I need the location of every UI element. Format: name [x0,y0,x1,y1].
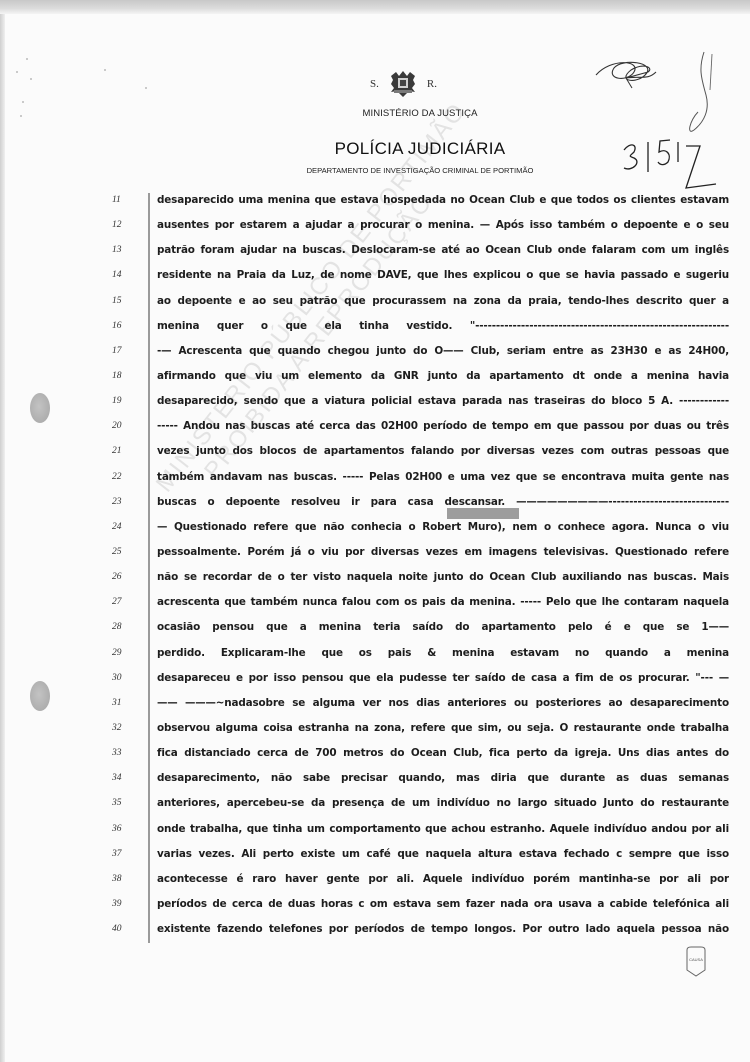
line-text: anteriores, apercebeu-se da presença de … [157,797,729,809]
line-text: desaparecido, sendo que a viatura polici… [157,395,729,407]
line-number: 23 [112,497,134,507]
line-number: 21 [112,446,134,456]
line-text: patrão foram ajudar na buscas. Deslocara… [157,244,729,256]
line-number: 33 [112,748,134,758]
line-text: observou alguma coisa estranha na zona, … [157,722,729,734]
handwritten-page-number [616,132,726,194]
coat-of-arms-icon [387,69,419,99]
line-number: 38 [112,874,134,884]
line-number: 16 [112,321,134,331]
footer-badge: CAUSA [683,946,709,978]
line-text: afirmando que viu um elemento da GNR jun… [157,370,729,382]
line-number: 19 [112,396,134,406]
line-number: 36 [112,824,134,834]
line-number: 28 [112,622,134,632]
document-line: 37varias vezes. Ali perto existe um café… [0,846,750,871]
document-line: 29perdido. Explicaram-lhe que os pais & … [0,645,750,670]
line-number: 20 [112,421,134,431]
line-number: 26 [112,572,134,582]
line-text: vezes junto dos blocos de apartamentos f… [157,445,729,457]
line-number: 17 [112,346,134,356]
line-text: existente fazendo telefones por períodos… [157,923,729,935]
crest-right-letter: R. [427,78,437,90]
line-number: 37 [112,849,134,859]
document-line: 24— Questionado refere que não conhecia … [0,519,750,544]
line-text: pessoalmente. Porém já o viu por diversa… [157,546,729,558]
crest-left-letter: S. [370,78,379,90]
line-number: 35 [112,798,134,808]
document-line: 21vezes junto dos blocos de apartamentos… [0,443,750,468]
document-line: 18afirmando que viu um elemento da GNR j… [0,368,750,393]
document-line: 34desaparecimento, não sabe precisar qua… [0,770,750,795]
line-number: 15 [112,296,134,306]
document-line: 16menina quer o que ela tinha vestido. "… [0,318,750,343]
document-line: 20----- Andou nas buscas até cerca das 0… [0,418,750,443]
line-text: onde trabalha, que tinha um comportament… [157,823,729,835]
document-line: 11desaparecido uma menina que estava hos… [0,192,750,217]
line-number: 32 [112,723,134,733]
line-text: também andavam nas buscas. ----- Pelas 0… [157,471,729,483]
scan-top-edge [0,0,750,14]
line-number: 13 [112,245,134,255]
line-number: 39 [112,899,134,909]
line-text: períodos de cerca de duas horas c om est… [157,898,729,910]
document-line: 36onde trabalha, que tinha um comportame… [0,821,750,846]
line-number: 24 [112,522,134,532]
line-number: 40 [112,924,134,934]
document-line: 15ao depoente e ao seu patrão que procur… [0,293,750,318]
document-line: 23buscas o depoente resolveu ir para cas… [0,494,750,519]
line-number: 34 [112,773,134,783]
document-line: 30desapareceu e por isso pensou que ela … [0,670,750,695]
document-line: 31—— ———~nadasobre se alguma ver nos dia… [0,695,750,720]
document-line: 19desaparecido, sendo que a viatura poli… [0,393,750,418]
line-text: ----- Andou nas buscas até cerca das 02H… [157,420,729,432]
line-text: menina quer o que ela tinha vestido. "--… [157,320,729,332]
line-text: —— ———~nadasobre se alguma ver nos dias … [157,697,729,709]
line-text: ausentes por estarem a ajudar a procurar… [157,219,729,231]
line-text: buscas o depoente resolveu ir para casa … [157,496,729,508]
line-number: 11 [112,195,134,205]
redaction-box [447,508,519,519]
line-text: acrescenta que também nunca falou com os… [157,596,729,608]
statement-body: 11desaparecido uma menina que estava hos… [0,192,750,946]
line-text: desaparecimento, não sabe precisar quand… [157,772,729,784]
line-text: -— Acrescenta que quando chegou junto do… [157,345,729,357]
document-line: 26não se recordar de o ter visto naquela… [0,569,750,594]
badge-shield-icon [683,946,709,978]
document-line: 33fica distanciado cerca de 700 metros d… [0,745,750,770]
document-line: 27acrescenta que também nunca falou com … [0,594,750,619]
line-number: 30 [112,673,134,683]
document-line: 40existente fazendo telefones por períod… [0,921,750,946]
document-line: 22também andavam nas buscas. ----- Pelas… [0,469,750,494]
line-number: 29 [112,648,134,658]
document-line: 25pessoalmente. Porém já o viu por diver… [0,544,750,569]
document-line: 35anteriores, apercebeu-se da presença d… [0,795,750,820]
line-number: 22 [112,472,134,482]
document-line: 14residente na Praia da Luz, de nome DAV… [0,267,750,292]
line-number: 31 [112,698,134,708]
line-number: 27 [112,597,134,607]
line-text: varias vezes. Ali perto existe um café q… [157,848,729,860]
line-text: desaparecido uma menina que estava hospe… [157,194,729,206]
line-text: — Questionado refere que não conhecia o … [157,521,729,533]
line-text: desapareceu e por isso pensou que ela pu… [157,672,729,684]
line-number: 18 [112,371,134,381]
line-text: perdido. Explicaram-lhe que os pais & me… [157,647,729,659]
document-line: 12ausentes por estarem a ajudar a procur… [0,217,750,242]
line-number: 12 [112,220,134,230]
crest-row: S. R. [370,66,510,102]
line-text: ocasião pensou que a menina teria saído … [157,621,729,633]
line-text: ao depoente e ao seu patrão que procuras… [157,295,729,307]
line-text: acontecesse é raro haver gente por ali. … [157,873,729,885]
line-text: residente na Praia da Luz, de nome DAVE,… [157,269,729,281]
line-number: 25 [112,547,134,557]
document-line: 17-— Acrescenta que quando chegou junto … [0,343,750,368]
badge-label: CAUSA [683,957,709,962]
document-line: 38acontecesse é raro haver gente por ali… [0,871,750,896]
handwritten-signature [586,50,736,140]
document-line: 32observou alguma coisa estranha na zona… [0,720,750,745]
document-line: 28ocasião pensou que a menina teria saíd… [0,619,750,644]
line-text: fica distanciado cerca de 700 metros do … [157,747,729,759]
line-text: não se recordar de o ter visto naquela n… [157,571,729,583]
line-number: 14 [112,270,134,280]
document-line: 39períodos de cerca de duas horas c om e… [0,896,750,921]
document-line: 13patrão foram ajudar na buscas. Desloca… [0,242,750,267]
